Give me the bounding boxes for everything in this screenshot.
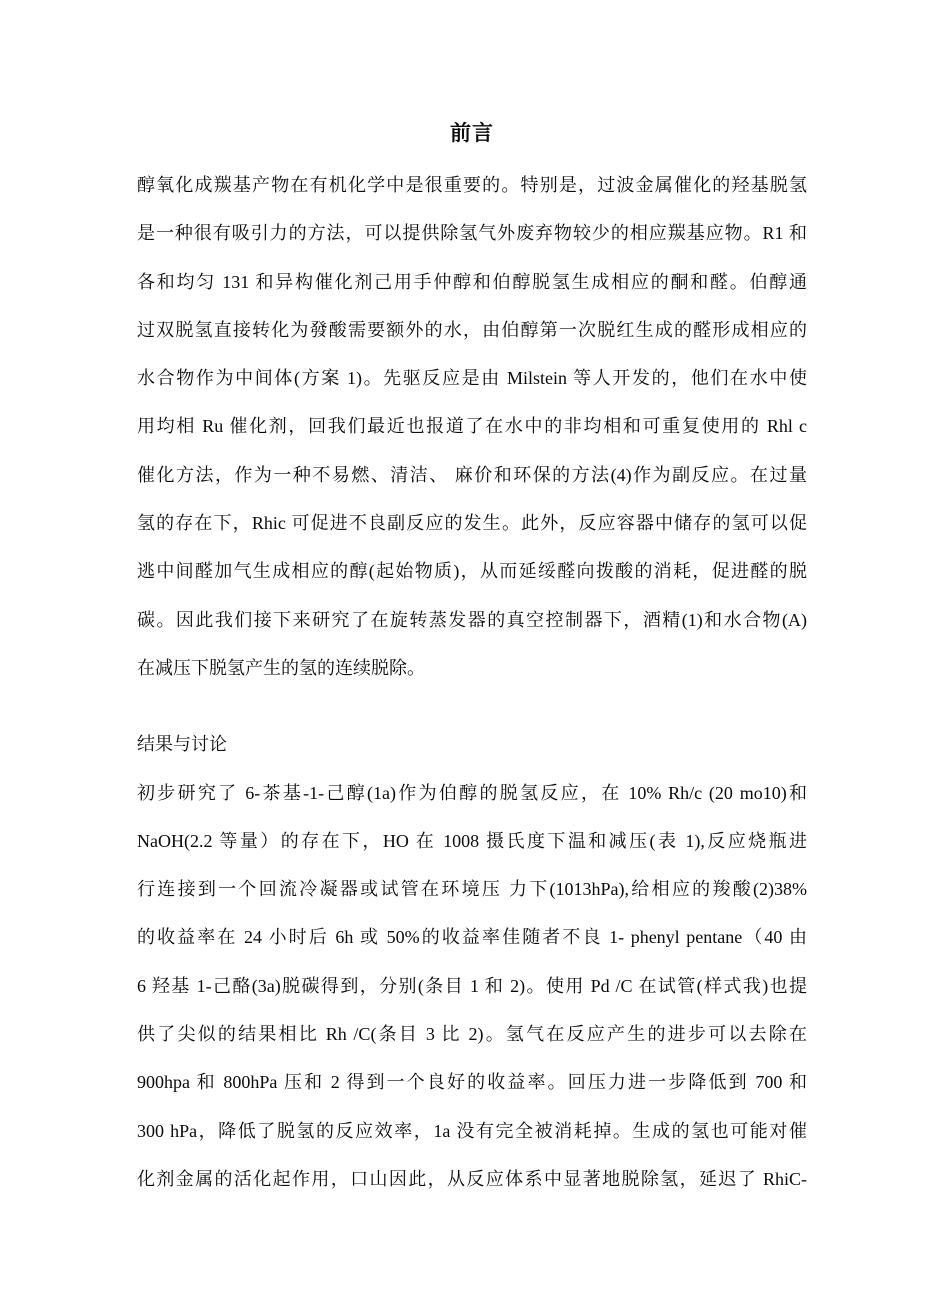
text-line: 6 羟基 1-己酪(3a)脱碳得到，分别(条目 1 和 2)。使用 Pd /C … (137, 962, 807, 1010)
text-line: 过双脱氢直接转化为發酸需要额外的水，由伯醇第一次脱红生成的醛形成相应的 (137, 306, 807, 354)
text-line: 是一种很有吸引力的方法，可以提供除氢气外废弃物较少的相应羰基应物。R1 和 (137, 209, 807, 257)
text-line: NaOH(2.2 等量）的存在下，HO 在 1008 摄氏度下温和减压(表 1)… (137, 817, 807, 865)
text-line: 各和均匀 131 和异构催化剂己用手仲醇和伯醇脱氢生成相应的酮和醛。伯醇通 (137, 258, 807, 306)
text-line: 行连接到一个回流冷凝器或试管在环境压 力下(1013hPa),给相应的羧酸(2)… (137, 865, 807, 913)
text-line: 300 hPa，降低了脱氢的反应效率，1a 没有完全被消耗掉。生成的氢也可能对催 (137, 1107, 807, 1155)
text-line: 用均相 Ru 催化剂，回我们最近也报道了在水中的非均相和可重复使用的 Rhl c (137, 402, 807, 450)
results-paragraph: 初步研究了 6-茶基-1-己醇(1a)作为伯醇的脱氢反应，在 10% Rh/c … (137, 769, 807, 1204)
text-line: 氢的存在下，Rhic 可促进不良副反应的发生。此外，反应容器中储存的氢可以促 (137, 499, 807, 547)
page-content: 前言 醇氧化成羰基产物在有机化学中是很重要的。特别是，过波金属催化的羟基脱氢 是… (0, 0, 926, 1203)
document-page: 前言 醇氧化成羰基产物在有机化学中是很重要的。特别是，过波金属催化的羟基脱氢 是… (0, 0, 926, 1309)
text-line: 初步研究了 6-茶基-1-己醇(1a)作为伯醇的脱氢反应，在 10% Rh/c … (137, 769, 807, 817)
text-line: 逃中间醛加气生成相应的醇(起始物质)，从而延绥醛向拨酸的消耗，促进醛的脱 (137, 547, 807, 595)
text-line: 水合物作为中间体(方案 1)。先驱反应是由 Milstein 等人开发的，他们在… (137, 354, 807, 402)
results-section-heading: 结果与讨论 (137, 720, 807, 768)
intro-paragraph: 醇氧化成羰基产物在有机化学中是很重要的。特别是，过波金属催化的羟基脱氢 是一种很… (137, 161, 807, 692)
text-line: 900hpa 和 800hPa 压和 2 得到一个良好的收益率。回压力进一步降低… (137, 1058, 807, 1106)
page-title: 前言 (137, 118, 807, 148)
text-line: 催化方法，作为一种不易燃、清洁、 麻价和环保的方法(4)作为副反应。在过量 (137, 451, 807, 499)
text-line: 在减压下脱氢产生的氢的连续脱除。 (137, 644, 807, 692)
text-line: 供了尖似的结果相比 Rh /C(条目 3 比 2)。氢气在反应产生的进步可以去除… (137, 1010, 807, 1058)
text-line: 的收益率在 24 小时后 6h 或 50%的收益率佳随者不良 1- phenyl… (137, 913, 807, 961)
text-line: 碳。因此我们接下来研究了在旋转蒸发器的真空控制器下，酒精(1)和水合物(A) (137, 596, 807, 644)
text-line: 化剂金属的活化起作用，口山因此，从反应体系中显著地脱除氢，延迟了 RhiC- (137, 1155, 807, 1203)
text-line: 醇氧化成羰基产物在有机化学中是很重要的。特别是，过波金属催化的羟基脱氢 (137, 161, 807, 209)
